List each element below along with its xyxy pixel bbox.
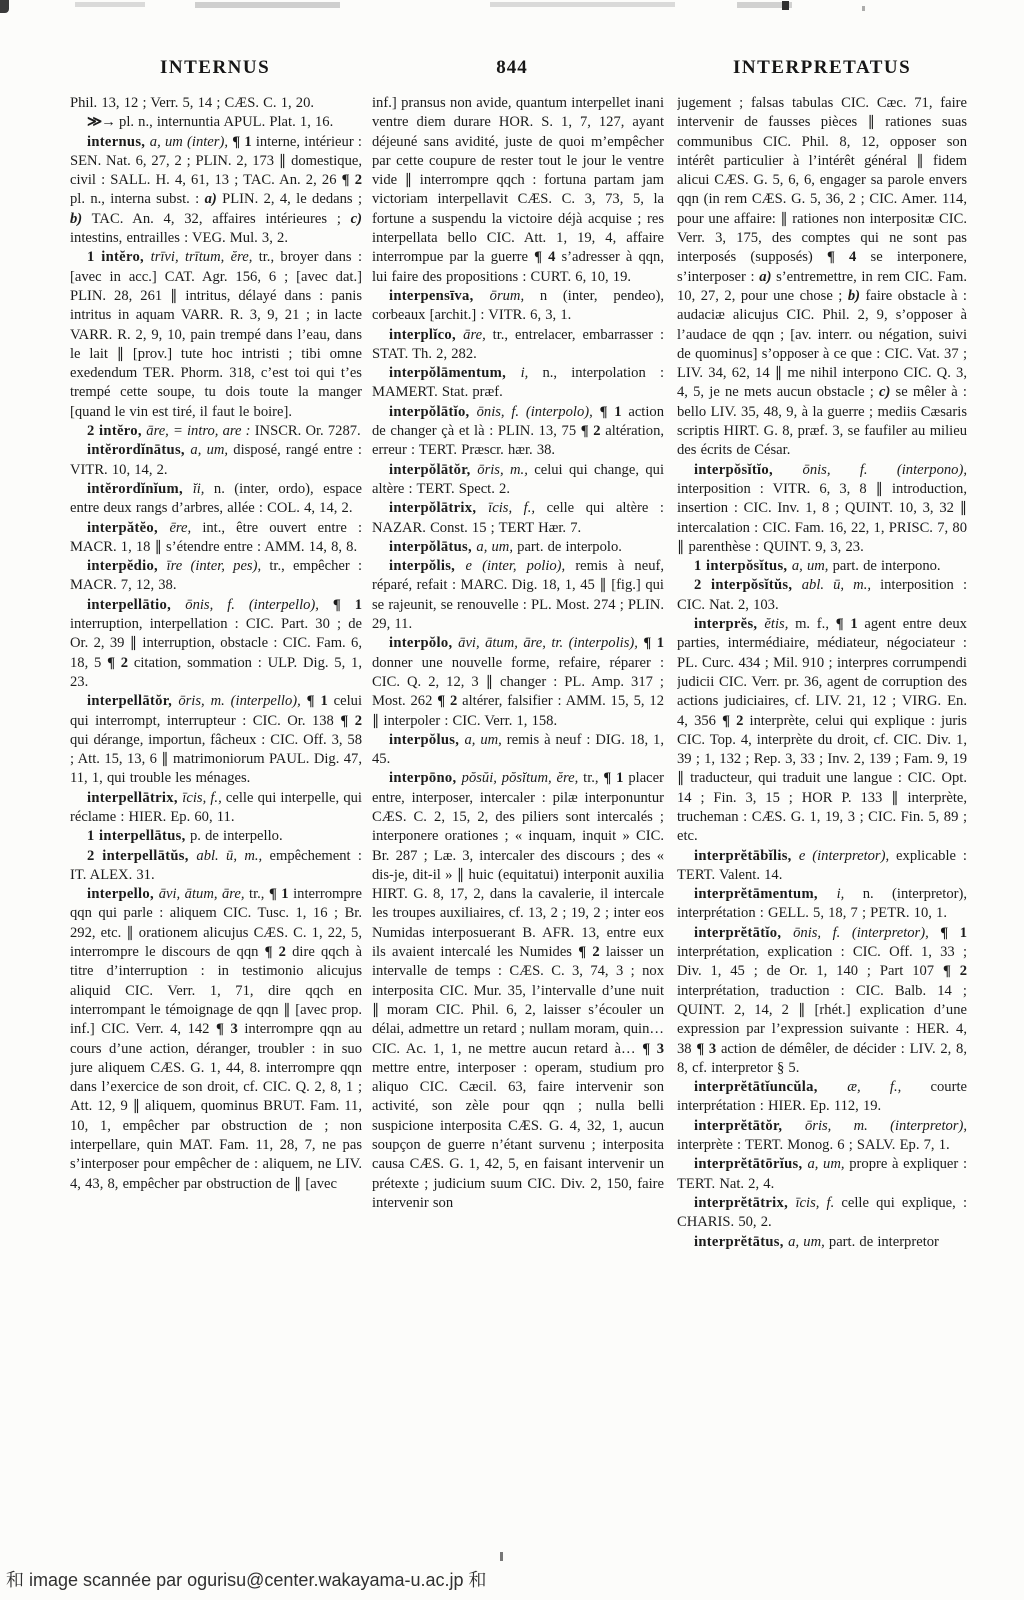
homonym-number: 2 — [87, 423, 99, 439]
grammar-info: a, um, — [807, 1156, 849, 1172]
dictionary-entry: interpellātio, ōnis, f. (interpello), ¶ … — [70, 596, 362, 692]
sense-number: ¶ 2 — [342, 172, 362, 188]
grammar-info: abl. ū, m., — [196, 848, 269, 864]
scan-artifact — [782, 1, 789, 10]
headword: interpŏsĭtĭo, — [694, 462, 803, 478]
dictionary-entry: interpŏlis, e (inter, polio), remis à ne… — [372, 557, 664, 634]
running-header: INTERNUS 844 INTERPRETATUS — [0, 57, 1024, 83]
grammar-info: e (inter, polio), — [466, 558, 576, 574]
sense-letter: a) — [205, 191, 217, 207]
headword: interprĕtātĭo, — [694, 925, 793, 941]
grammar-info: e (interpretor), — [799, 848, 896, 864]
headword: interpello, — [87, 886, 159, 902]
scan-artifact — [500, 1552, 503, 1561]
headword: interprĕtātōrĭus, — [694, 1156, 807, 1172]
sense-number: ¶ 1 — [836, 616, 858, 632]
continuation-paragraph: inf.] pransus non avide, quantum interpe… — [372, 94, 664, 287]
dictionary-entry: interprĕs, ĕtis, m. f., ¶ 1 agent entre … — [677, 615, 967, 847]
headword: interpŏlātĭo, — [389, 404, 477, 420]
grammar-info: ōnis, f. (interpello), — [185, 597, 333, 613]
sense-number: ¶ 2 — [265, 944, 286, 960]
grammar-info: abl. ū, m., — [802, 577, 880, 593]
dictionary-entry: interpensīva, ōrum, n (inter, pendeo), c… — [372, 287, 664, 326]
dictionary-entry: interprĕtātus, a, um, part. de interpret… — [677, 1233, 967, 1252]
grammar-info: īcis, f. — [796, 1195, 842, 1211]
dictionary-entry: intĕrordĭnĭum, ĭi, n. (inter, ordo), esp… — [70, 480, 362, 519]
dictionary-entry: 2 intĕro, āre, = intro, are : INSCR. Or.… — [70, 422, 362, 441]
sense-number: ¶ 1 — [307, 693, 328, 709]
headword: interpŏlo, — [389, 635, 458, 651]
grammar-info: æ, f., — [847, 1079, 930, 1095]
sense-letter: a) — [759, 269, 771, 285]
homonym-number: 2 — [87, 848, 102, 864]
sense-number: ¶ 1 — [600, 404, 622, 420]
headword: interpellātŏr, — [87, 693, 178, 709]
dictionary-entry: internus, a, um (inter), ¶ 1 interne, in… — [70, 133, 362, 249]
sense-number: ¶ 2 — [722, 713, 743, 729]
grammar-info: āvi, ātum, āre, — [159, 886, 249, 902]
homonym-number: 1 — [694, 558, 706, 574]
scan-artifact — [0, 0, 9, 13]
grammar-info: a, um (inter), — [150, 134, 232, 150]
dictionary-entry: interpŏlātus, a, um, part. de interpolo. — [372, 538, 664, 557]
scan-artifact — [490, 2, 675, 7]
scan-attribution: 和 image scannée par ogurisu@center.wakay… — [6, 1566, 1006, 1592]
headword: interprĕtātŏr, — [694, 1118, 805, 1134]
headword: intĕro, — [101, 249, 150, 265]
sense-number: ¶ 3 — [216, 1021, 238, 1037]
headword: interprĕtātus, — [694, 1234, 788, 1250]
headword: interpŏlātus, — [389, 539, 476, 555]
headword: internus, — [87, 134, 150, 150]
headword: intĕrordĭnātus, — [87, 442, 190, 458]
grammar-info: āre, = intro, are : — [146, 423, 254, 439]
sense-number: ¶ 2 — [581, 423, 601, 439]
grammar-info: ōris, m. (interpretor), — [805, 1118, 967, 1134]
dictionary-entry: 2 interpellātŭs, abl. ū, m., empêchement… — [70, 847, 362, 886]
dictionary-entry: interprĕtātĭo, ōnis, f. (interpretor), ¶… — [677, 924, 967, 1078]
scan-artifact — [862, 6, 865, 11]
derivation-arrow-icon: ≫→ — [87, 114, 115, 130]
dictionary-entry: interpŏlus, a, um, remis à neuf : DIG. 1… — [372, 731, 664, 770]
dictionary-entry: interpătĕo, ēre, int., être ouvert entre… — [70, 519, 362, 558]
grammar-info: ōnis, f. (interpretor), — [793, 925, 940, 941]
dictionary-entry: interpĕdio, īre (inter, pes), tr., empêc… — [70, 557, 362, 596]
scan-artifact — [195, 2, 340, 8]
grammar-info: ōnis, f. (interpolo), — [477, 404, 600, 420]
homonym-number: 2 — [694, 577, 711, 593]
dictionary-entry: interpŏlātĭo, ōnis, f. (interpolo), ¶ 1 … — [372, 403, 664, 461]
grammar-info: īcis, f., — [182, 790, 226, 806]
dictionary-entry: interprĕtātōrĭus, a, um, propre à expliq… — [677, 1155, 967, 1194]
dictionary-entry: interpello, āvi, ātum, āre, tr., ¶ 1 int… — [70, 885, 362, 1194]
grammar-info: pŏsŭi, pŏsĭtum, ĕre, — [462, 770, 584, 786]
headword: interprĕs, — [694, 616, 764, 632]
grammar-info: a, um, — [464, 732, 506, 748]
grammar-info: a, um, — [788, 1234, 829, 1250]
sense-number: ¶ 1 — [232, 134, 251, 150]
dictionary-entry: 1 interpŏsĭtus, a, um, part. de interpon… — [677, 557, 967, 576]
sense-number: ¶ 1 — [603, 770, 623, 786]
headword: interpŏsĭtŭs, — [711, 577, 802, 593]
headword: interpŏlāmentum, — [389, 365, 521, 381]
dictionary-entry: 1 intĕro, trīvi, trītum, ĕre, tr., broye… — [70, 248, 362, 422]
dictionary-entry: interprĕtātŏr, ōris, m. (interpretor), i… — [677, 1117, 967, 1156]
dictionary-entry: interplĭco, āre, tr., entrelacer, embarr… — [372, 326, 664, 365]
headword: interpensīva, — [389, 288, 490, 304]
grammar-info: īcis, f., — [488, 500, 546, 516]
headword: intĕrordĭnĭum, — [87, 481, 193, 497]
dictionary-entry: interpellātrix, īcis, f., celle qui inte… — [70, 789, 362, 828]
headword: interprĕtātĭuncŭla, — [694, 1079, 847, 1095]
grammar-info: ōris, m., — [477, 462, 534, 478]
sense-number: ¶ 2 — [340, 713, 362, 729]
sense-number: ¶ 2 — [943, 963, 967, 979]
scan-artifact — [737, 2, 792, 8]
continuation-paragraph: jugement ; falsas tabulas CIC. Cæc. 71, … — [677, 94, 967, 461]
homonym-number: 1 — [87, 828, 99, 844]
sense-number: ¶ 1 — [940, 925, 967, 941]
dictionary-entry: interpŏlātŏr, ōris, m., celui qui change… — [372, 461, 664, 500]
headword: interpătĕo, — [87, 520, 169, 536]
continuation-paragraph: Phil. 13, 12 ; Verr. 5, 14 ; CÆS. C. 1, … — [70, 94, 362, 113]
homonym-number: 1 — [87, 249, 101, 265]
headword: interprĕtātrix, — [694, 1195, 796, 1211]
dictionary-entry: 2 interpŏsĭtŭs, abl. ū, m., interpositio… — [677, 576, 967, 615]
sense-number: ¶ 4 — [534, 249, 555, 265]
dictionary-column-1: Phil. 13, 12 ; Verr. 5, 14 ; CÆS. C. 1, … — [70, 94, 362, 1544]
grammar-info: a, um, — [190, 442, 233, 458]
headword: interpellātio, — [87, 597, 185, 613]
grammar-info: ēre, — [169, 520, 202, 536]
dictionary-entry: interprĕtābĭlis, e (interpretor), explic… — [677, 847, 967, 886]
sense-number: ¶ 4 — [827, 249, 856, 265]
grammar-info: trīvi, trītum, ĕre, — [151, 249, 259, 265]
sense-number: ¶ 2 — [578, 944, 599, 960]
headword: interpellātŭs, — [102, 848, 196, 864]
dictionary-entry: interpŏsĭtĭo, ōnis, f. (interpono), inte… — [677, 461, 967, 557]
headword: interpŏlus, — [389, 732, 464, 748]
sense-letter: b) — [848, 288, 860, 304]
headword: interpĕdio, — [87, 558, 167, 574]
headword: interpellātrix, — [87, 790, 182, 806]
dictionary-entry: interpŏlo, āvi, ātum, āre, tr. (interpol… — [372, 634, 664, 730]
sense-number: ¶ 1 — [269, 886, 289, 902]
header-right-keyword: INTERPRETATUS — [733, 57, 911, 79]
sense-number: ¶ 1 — [643, 635, 664, 651]
grammar-info: ōris, m. (interpello), — [178, 693, 306, 709]
grammar-info: ĕtis, — [764, 616, 795, 632]
headword: interpōno, — [389, 770, 462, 786]
dictionary-page: INTERNUS 844 INTERPRETATUS Phil. 13, 12 … — [0, 0, 1024, 1600]
headword: interprĕtābĭlis, — [694, 848, 799, 864]
grammar-info: a, um, — [476, 539, 517, 555]
grammar-info: ōrum, — [490, 288, 540, 304]
sense-number: ¶ 1 — [333, 597, 362, 613]
dictionary-entry: interprĕtāmentum, i, n. (interpretor), i… — [677, 885, 967, 924]
dictionary-entry: interprĕtātĭuncŭla, æ, f., courte interp… — [677, 1078, 967, 1117]
grammar-info: ōnis, f. (interpono), — [803, 462, 967, 478]
dictionary-column-2: inf.] pransus non avide, quantum interpe… — [372, 94, 664, 1544]
grammar-info: īre (inter, pes), — [167, 558, 270, 574]
headword: interpŏlis, — [389, 558, 466, 574]
sense-number: ¶ 3 — [696, 1041, 716, 1057]
headword: intĕro, — [99, 423, 146, 439]
grammar-info: ĭi, — [193, 481, 214, 497]
headword: interpŏlātrix, — [389, 500, 488, 516]
sense-number: ¶ 2 — [437, 693, 457, 709]
derived-form-paragraph: ≫→ pl. n., internuntia APUL. Plat. 1, 16… — [70, 113, 362, 132]
headword: interpŏsĭtus, — [706, 558, 792, 574]
headword: interpŏlātŏr, — [389, 462, 477, 478]
headword: interprĕtāmentum, — [694, 886, 837, 902]
headword: interpellātus, — [99, 828, 190, 844]
dictionary-entry: 1 interpellātus, p. de interpello. — [70, 827, 362, 846]
dictionary-entry: interpōno, pŏsŭi, pŏsĭtum, ĕre, tr., ¶ 1… — [372, 769, 664, 1213]
grammar-info: a, um, — [792, 558, 833, 574]
dictionary-entry: intĕrordĭnātus, a, um, disposé, rangé en… — [70, 441, 362, 480]
sense-number: ¶ 2 — [107, 655, 128, 671]
dictionary-entry: interpŏlātrix, īcis, f., celle qui altèr… — [372, 499, 664, 538]
grammar-info: āvi, ātum, āre, tr. (interpolis), — [458, 635, 643, 651]
sense-number: ¶ 3 — [642, 1041, 664, 1057]
sense-letter: c) — [351, 211, 362, 227]
dictionary-entry: interprĕtātrix, īcis, f. celle qui expli… — [677, 1194, 967, 1233]
sense-letter: b) — [70, 211, 82, 227]
grammar-info: āre, — [463, 327, 493, 343]
grammar-info: i, — [521, 365, 543, 381]
sense-letter: c) — [879, 384, 890, 400]
dictionary-entry: interpellātŏr, ōris, m. (interpello), ¶ … — [70, 692, 362, 788]
dictionary-entry: interpŏlāmentum, i, n., interpolation : … — [372, 364, 664, 403]
dictionary-column-3: jugement ; falsas tabulas CIC. Cæc. 71, … — [677, 94, 967, 1544]
scan-artifact — [75, 2, 145, 7]
headword: interplĭco, — [389, 327, 463, 343]
grammar-info: i, — [837, 886, 863, 902]
